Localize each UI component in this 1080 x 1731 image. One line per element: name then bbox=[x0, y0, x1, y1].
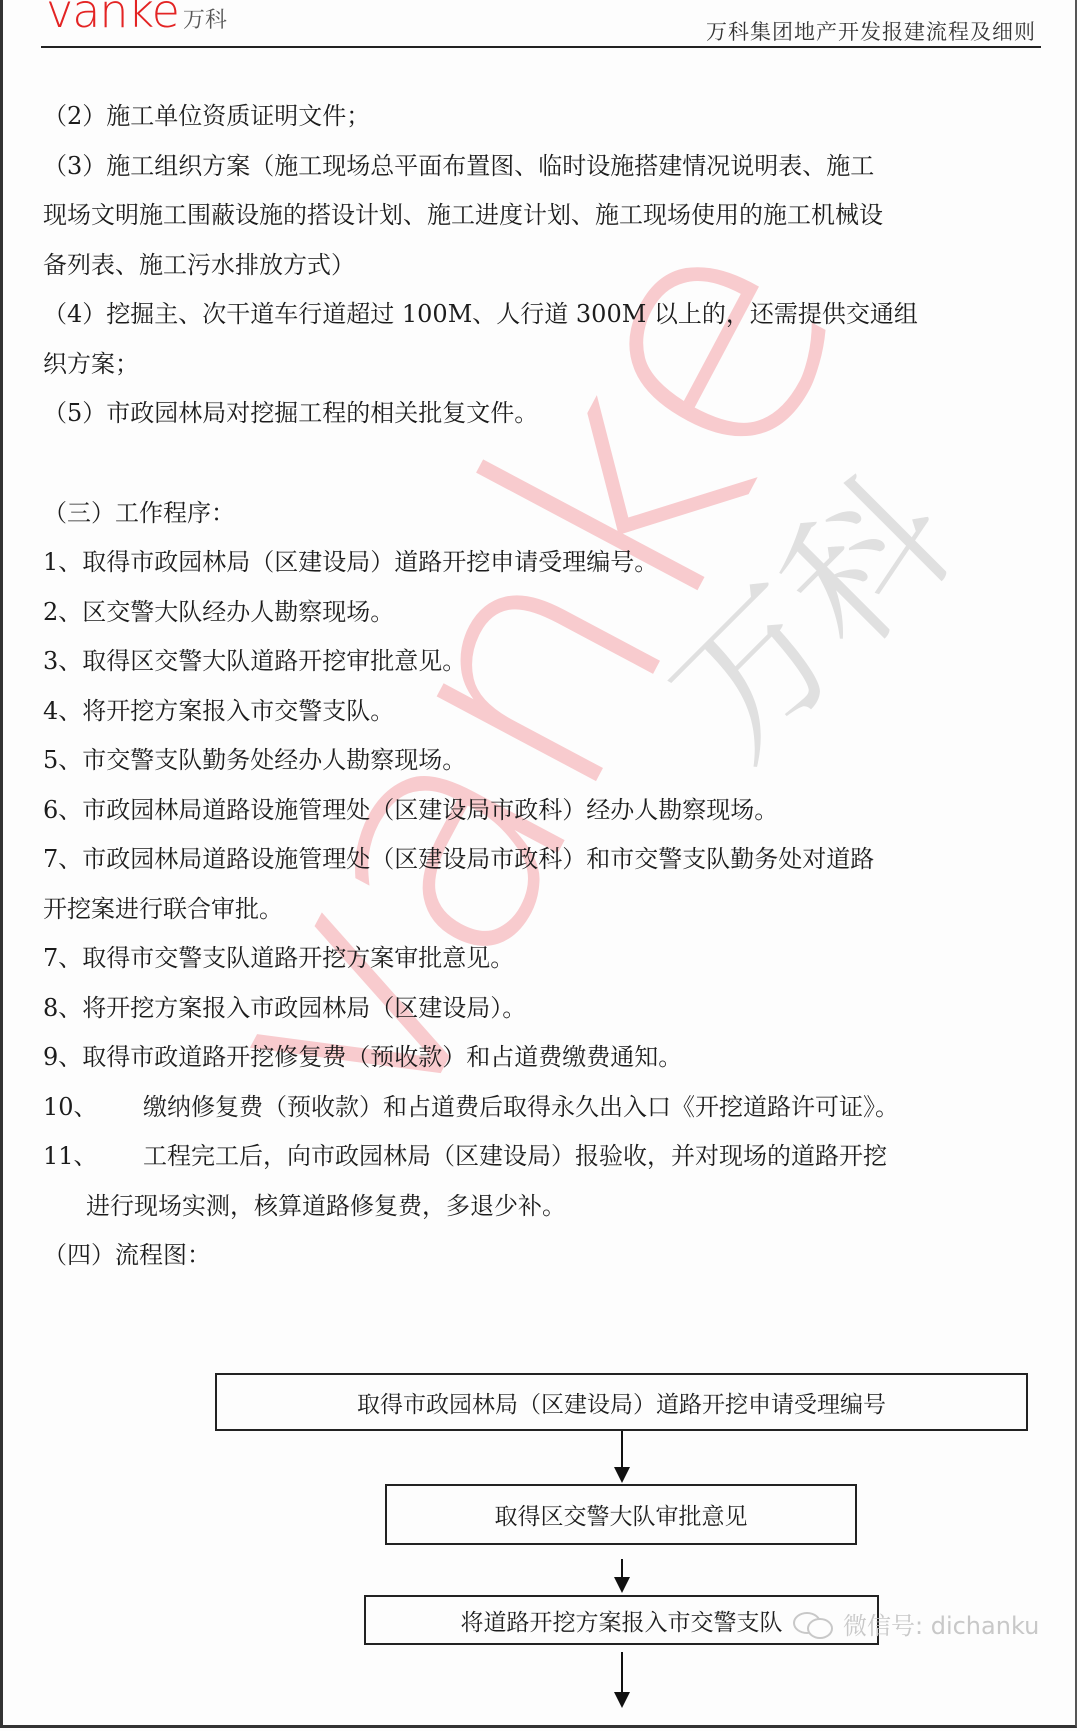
procedure-step-cont: 开挖案进行联合审批。 bbox=[43, 885, 1033, 935]
material-item: （5）市政园林局对挖掘工程的相关批复文件。 bbox=[43, 389, 1033, 439]
document-title: 万科集团地产开发报建流程及细则 bbox=[706, 16, 1036, 46]
material-item-cont: 现场文明施工围蔽设施的搭设计划、施工进度计划、施工现场使用的施工机械设 bbox=[43, 191, 1033, 241]
material-item-cont: 织方案； bbox=[43, 340, 1033, 390]
procedure-step: 6、市政园林局道路设施管理处（区建设局市政科）经办人勘察现场。 bbox=[43, 786, 1033, 836]
procedure-step: 7、取得市交警支队道路开挖方案审批意见。 bbox=[43, 934, 1033, 984]
wechat-watermark: 微信号: dichanku bbox=[793, 1606, 1039, 1641]
flow-step-2: 取得区交警大队审批意见 bbox=[385, 1484, 857, 1545]
logo-cn-text: 万科 bbox=[183, 3, 227, 34]
procedure-step: 7、市政园林局道路设施管理处（区建设局市政科）和市交警支队勤务处对道路 bbox=[43, 835, 1033, 885]
procedure-step: 5、市交警支队勤务处经办人勘察现场。 bbox=[43, 736, 1033, 786]
document-page: 万科 vanke vanke 万科 万科集团地产开发报建流程及细则 （2）施工单… bbox=[0, 0, 1077, 1728]
header-divider bbox=[41, 46, 1041, 48]
procedure-step: 4、将开挖方案报入市交警支队。 bbox=[43, 687, 1033, 737]
document-body: （2）施工单位资质证明文件； （3）施工组织方案（施工现场总平面布置图、临时设施… bbox=[43, 92, 1033, 1281]
procedure-step: 8、将开挖方案报入市政园林局（区建设局）。 bbox=[43, 984, 1033, 1034]
procedure-step-10: 10、缴纳修复费（预收款）和占道费后取得永久出入口《开挖道路许可证》。 bbox=[43, 1083, 1033, 1133]
logo-latin-text: vanke bbox=[46, 0, 179, 34]
material-item: （3）施工组织方案（施工现场总平面布置图、临时设施搭建情况说明表、施工 bbox=[43, 142, 1033, 192]
vanke-logo: vanke 万科 bbox=[46, 0, 227, 34]
flow-step-1: 取得市政园林局（区建设局）道路开挖申请受理编号 bbox=[215, 1373, 1028, 1431]
section-heading-flowchart: （四）流程图： bbox=[43, 1231, 1033, 1281]
arrow-down-icon bbox=[621, 1652, 623, 1706]
step-text: 缴纳修复费（预收款）和占道费后取得永久出入口《开挖道路许可证》。 bbox=[143, 1093, 899, 1121]
arrow-down-icon bbox=[621, 1559, 623, 1591]
wechat-icon bbox=[793, 1610, 837, 1638]
arrow-down-icon bbox=[621, 1431, 623, 1481]
procedure-step: 1、取得市政园林局（区建设局）道路开挖申请受理编号。 bbox=[43, 538, 1033, 588]
step-text: 工程完工后，向市政园林局（区建设局）报验收，并对现场的道路开挖 bbox=[143, 1142, 887, 1170]
page-header: vanke 万科 万科集团地产开发报建流程及细则 bbox=[41, 0, 1041, 48]
wechat-id: 微信号: dichanku bbox=[843, 1606, 1039, 1641]
procedure-step: 9、取得市政道路开挖修复费（预收款）和占道费缴费通知。 bbox=[43, 1033, 1033, 1083]
material-item-cont: 备列表、施工污水排放方式） bbox=[43, 241, 1033, 291]
material-item: （4）挖掘主、次干道车行道超过 100M、人行道 300M 以上的，还需提供交通… bbox=[43, 290, 1033, 340]
material-item: （2）施工单位资质证明文件； bbox=[43, 92, 1033, 142]
step-number: 10、 bbox=[43, 1083, 143, 1133]
procedure-step: 3、取得区交警大队道路开挖审批意见。 bbox=[43, 637, 1033, 687]
procedure-step: 2、区交警大队经办人勘察现场。 bbox=[43, 588, 1033, 638]
step-number: 11、 bbox=[43, 1132, 143, 1182]
section-heading-procedure: （三）工作程序： bbox=[43, 489, 1033, 539]
procedure-step-11: 11、工程完工后，向市政园林局（区建设局）报验收，并对现场的道路开挖 bbox=[43, 1132, 1033, 1182]
procedure-step-cont: 进行现场实测，核算道路修复费，多退少补。 bbox=[43, 1182, 1033, 1232]
